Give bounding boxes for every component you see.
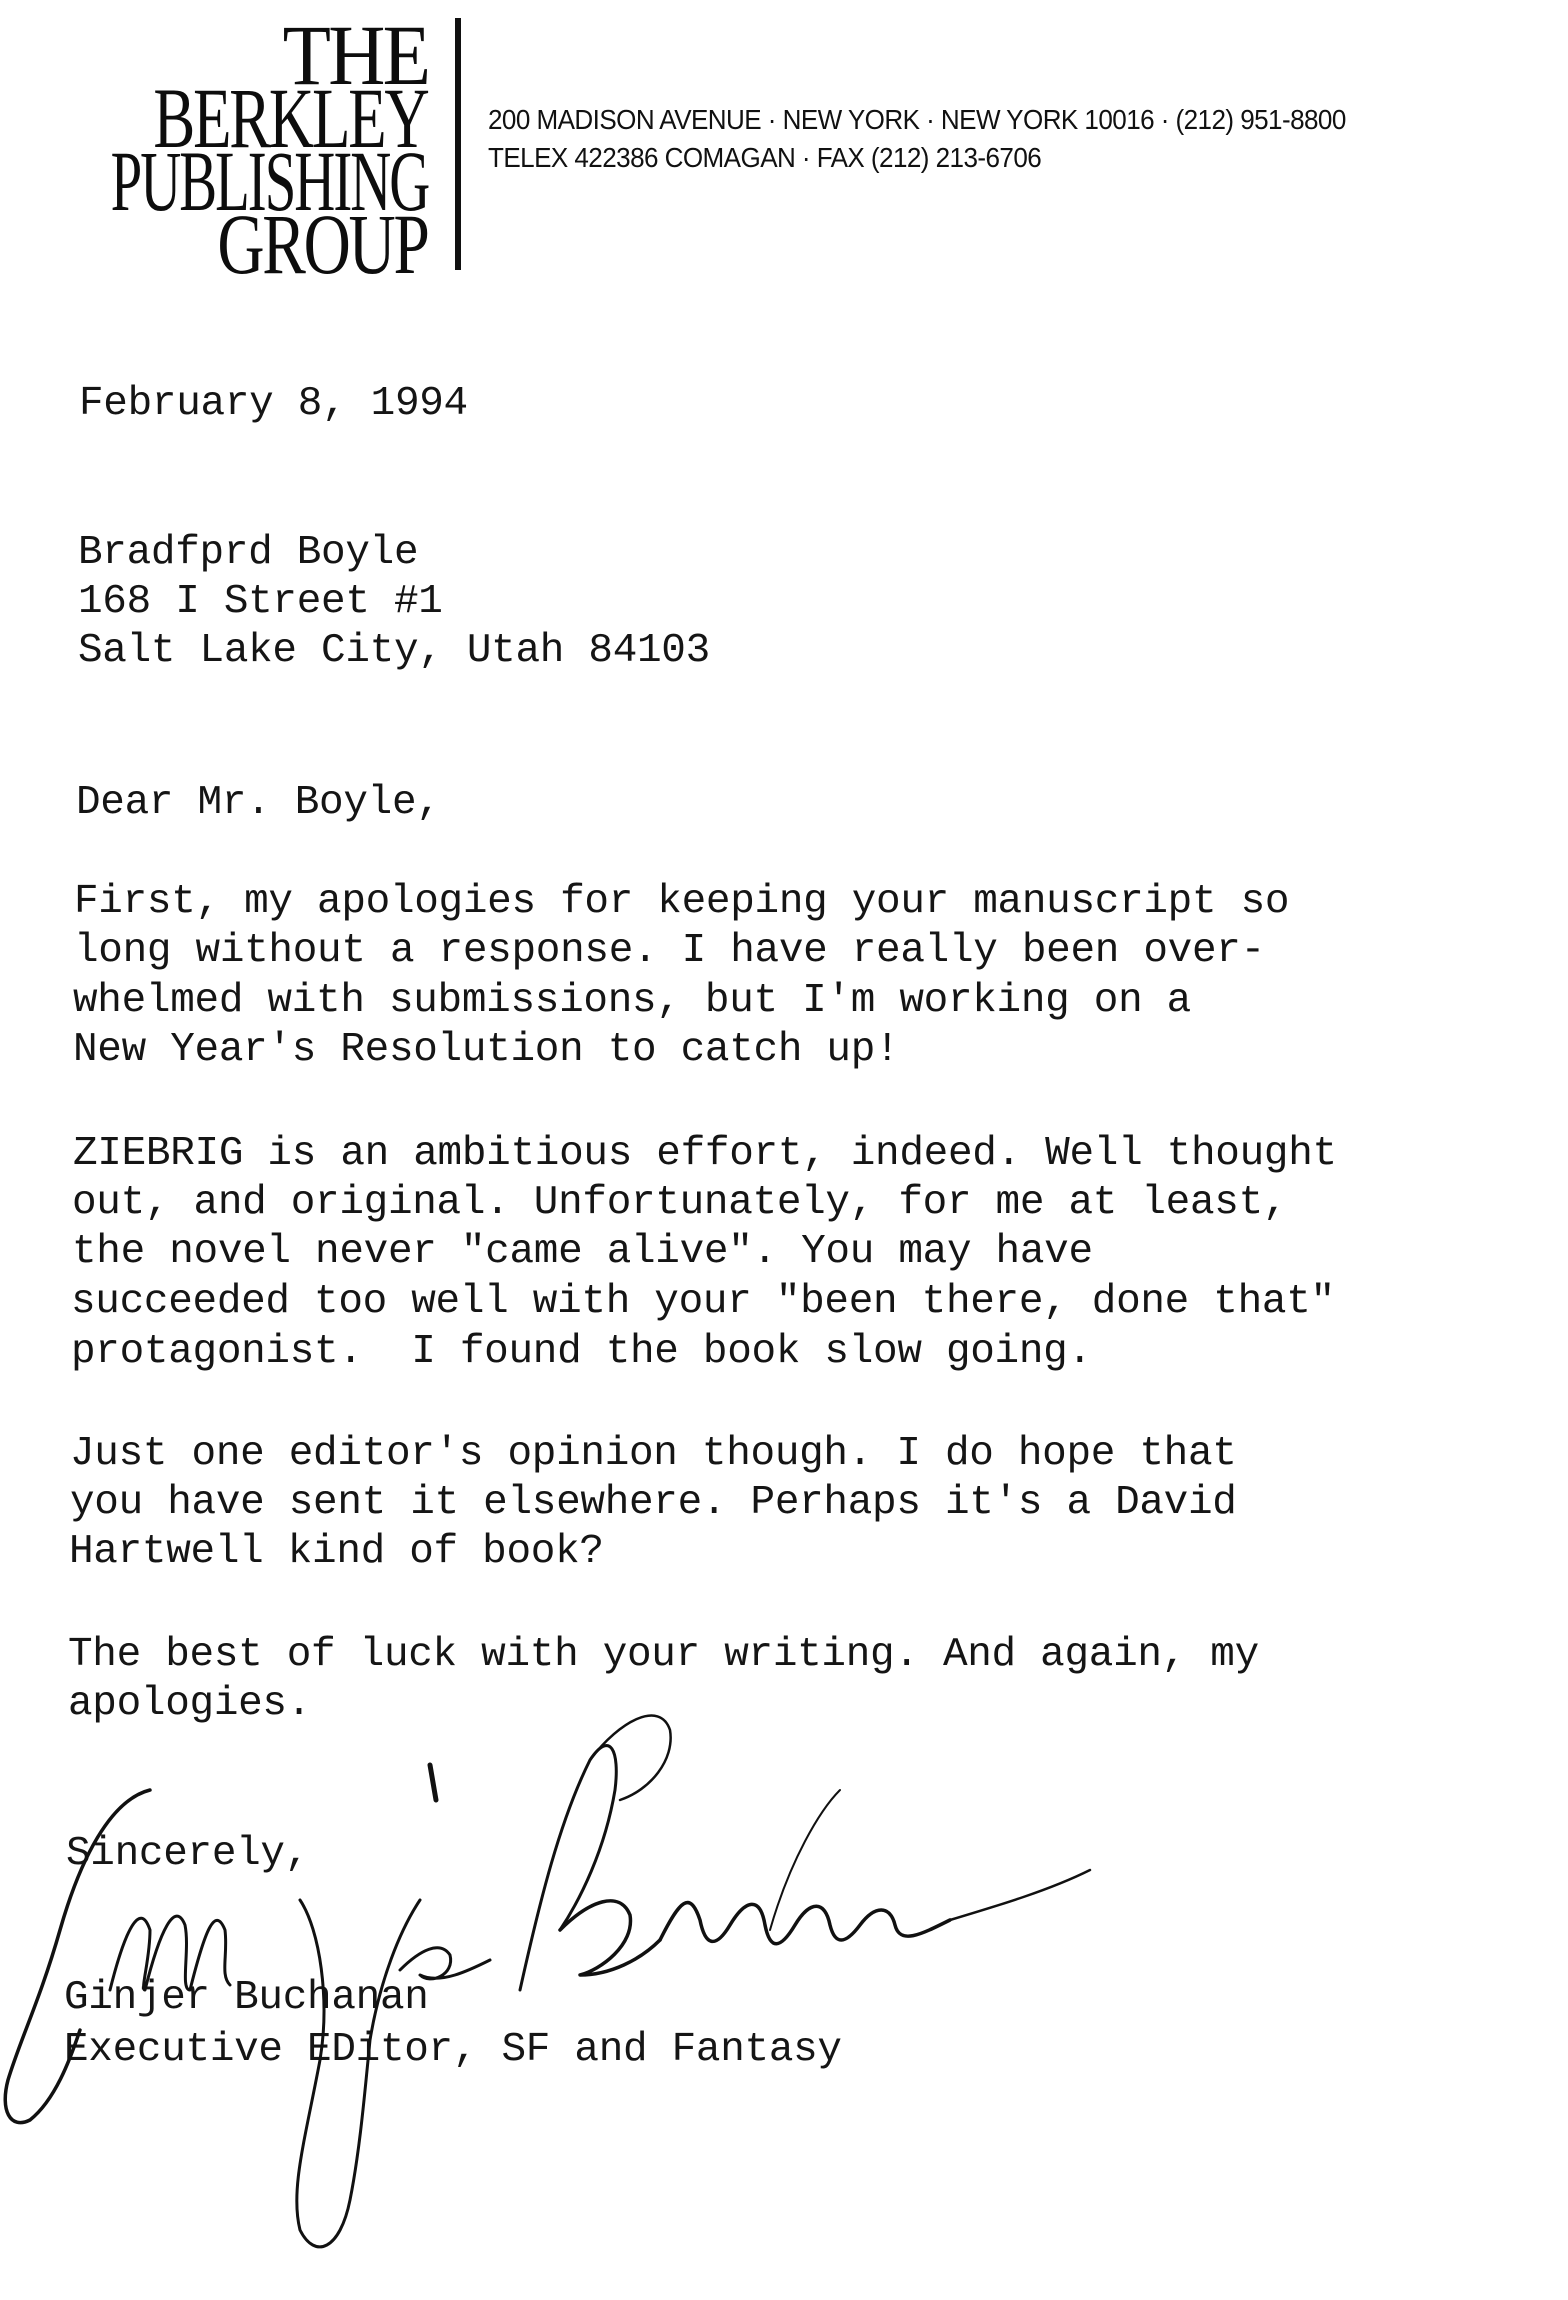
recipient-name: Bradfprd Boyle <box>78 533 418 574</box>
body-line: you have sent it elsewhere. Perhaps it's… <box>70 1483 1237 1524</box>
body-line: protagonist. I found the book slow going… <box>71 1332 1092 1373</box>
closing: Sincerely, <box>66 1834 309 1875</box>
body-line: whelmed with submissions, but I'm workin… <box>73 981 1191 1022</box>
body-line: apologies. <box>68 1684 311 1725</box>
body-line: long without a response. I have really b… <box>74 931 1265 972</box>
letter-date: February 8, 1994 <box>79 384 468 425</box>
body-line: succeeded too well with your "been there… <box>71 1282 1335 1323</box>
letterhead-telex-fax: TELEX 422386 COMAGAN · FAX (212) 213-670… <box>488 142 1041 174</box>
body-line: First, my apologies for keeping your man… <box>74 882 1289 923</box>
body-line: The best of luck with your writing. And … <box>68 1635 1259 1676</box>
body-line: the novel never "came alive". You may ha… <box>72 1232 1093 1273</box>
recipient-city: Salt Lake City, Utah 84103 <box>78 631 710 672</box>
body-line: Just one editor's opinion though. I do h… <box>70 1434 1237 1475</box>
body-line: ZIEBRIG is an ambitious effort, indeed. … <box>73 1134 1337 1175</box>
body-line: New Year's Resolution to catch up! <box>73 1030 899 1071</box>
signer-name: Ginjer Buchanan <box>64 1978 429 2019</box>
body-line: out, and original. Unfortunately, for me… <box>72 1183 1287 1224</box>
letterhead-divider <box>455 18 461 270</box>
logo-line-group: GROUP <box>218 201 428 287</box>
letterhead-address: 200 MADISON AVENUE · NEW YORK · NEW YORK… <box>488 104 1346 136</box>
signer-title: Executive EDitor, SF and Fantasy <box>64 2030 842 2071</box>
salutation: Dear Mr. Boyle, <box>76 783 441 824</box>
body-line: Hartwell kind of book? <box>69 1532 604 1573</box>
recipient-street: 168 I Street #1 <box>78 582 443 623</box>
